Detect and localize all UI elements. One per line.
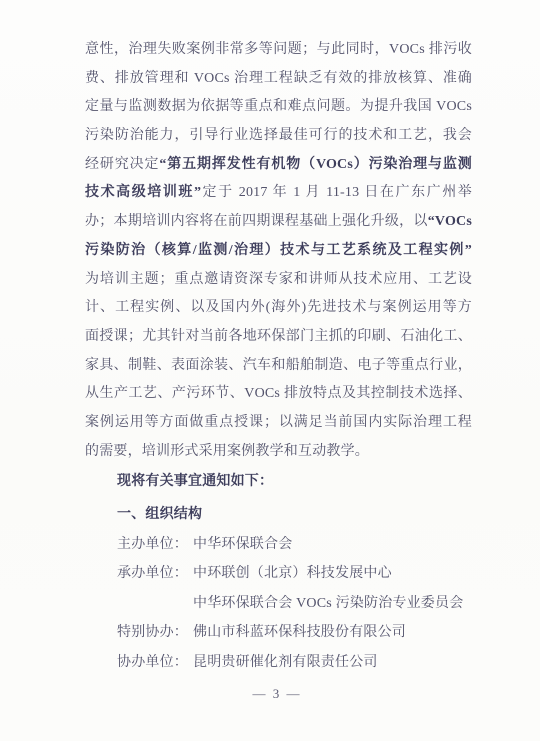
text-segment: “VOCs xyxy=(428,214,472,229)
text-segment: 计、工程实例、以及国内外(海外)先进技术与案例运用等方 xyxy=(85,300,472,315)
text-line: 为培训主题；重点邀请资深专家和讲师从技术应用、工艺设 xyxy=(85,266,472,295)
text-segment: 污染防治能力，引导行业选择最佳可行的技术和工艺，我会 xyxy=(85,128,472,143)
text-segment: 定于 2017 年 1 月 11-13 日在广东广州举 xyxy=(201,185,472,200)
text-segment: 从生产工艺、产污环节、VOCs 排放特点及其控制技术选择、 xyxy=(85,386,472,401)
text-segment: 定量与监测数据为依据等重点和难点问题。为提升我国 VOCs xyxy=(85,99,472,114)
text-line: 费、排放管理和 VOCs 治理工程缺乏有效的排放核算、准确 xyxy=(85,65,472,94)
text-segment: 经研究决定 xyxy=(85,157,159,172)
text-segment: 一、组织结构 xyxy=(117,507,202,522)
text-line: 计、工程实例、以及国内外(海外)先进技术与案例运用等方 xyxy=(85,294,472,323)
text-line: 污染防治能力，引导行业选择最佳可行的技术和工艺，我会 xyxy=(85,122,472,151)
text-line: 中华环保联合会 VOCs 污染防治专业委员会 xyxy=(85,589,472,619)
text-segment: 案例运用等方面做重点授课；以满足当前国内实际治理工程 xyxy=(85,415,472,430)
text-line: 意性，治理失败案例非常多等问题；与此同时，VOCs 排污收 xyxy=(85,36,472,65)
text-segment: 意性，治理失败案例非常多等问题；与此同时，VOCs 排污收 xyxy=(85,42,472,57)
text-line: 面授课；尤其针对当前各地环保部门主抓的印刷、石油化工、 xyxy=(85,323,472,352)
text-line: 经研究决定“第五期挥发性有机物（VOCs）污染治理与监测 xyxy=(85,151,472,180)
scanned-document-page: 意性，治理失败案例非常多等问题；与此同时，VOCs 排污收费、排放管理和 VOC… xyxy=(0,0,540,741)
org-role-label: 特别协办： xyxy=(117,618,193,648)
org-role-label: 主办单位： xyxy=(117,530,193,560)
text-line: 污染防治（核算/监测/治理）技术与工艺系统及工程实例” xyxy=(85,237,472,266)
org-role-label: 协办单位： xyxy=(117,648,193,678)
text-segment: 中华环保联合会 VOCs 污染防治专业委员会 xyxy=(193,596,463,611)
text-line: 协办单位：昆明贵研催化剂有限责任公司 xyxy=(85,648,472,678)
text-segment: 面授课；尤其针对当前各地环保部门主抓的印刷、石油化工、 xyxy=(85,329,472,344)
text-segment: 费、排放管理和 VOCs 治理工程缺乏有效的排放核算、准确 xyxy=(85,71,472,86)
text-line: 案例运用等方面做重点授课；以满足当前国内实际治理工程 xyxy=(85,409,472,438)
text-line: 从生产工艺、产污环节、VOCs 排放特点及其控制技术选择、 xyxy=(85,380,472,409)
text-line: 技术高级培训班”定于 2017 年 1 月 11-13 日在广东广州举 xyxy=(85,179,472,208)
footer-page-number: — 3 — xyxy=(0,686,540,702)
text-line: 家具、制鞋、表面涂装、汽车和船舶制造、电子等重点行业， xyxy=(85,352,472,381)
text-line: 主办单位：中华环保联合会 xyxy=(85,530,472,560)
document-body: 意性，治理失败案例非常多等问题；与此同时，VOCs 排污收费、排放管理和 VOC… xyxy=(85,36,472,677)
text-segment: 污染防治（核算/监测/治理）技术与工艺系统及工程实例” xyxy=(85,243,472,258)
text-segment: 家具、制鞋、表面涂装、汽车和船舶制造、电子等重点行业， xyxy=(85,358,472,373)
text-line: 特别协办：佛山市科蓝环保科技股份有限公司 xyxy=(85,618,472,648)
text-line: 的需要，培训形式采用案例教学和互动教学。 xyxy=(85,438,472,467)
org-name: 佛山市科蓝环保科技股份有限公司 xyxy=(193,625,406,640)
text-segment: 为培训主题；重点邀请资深专家和讲师从技术应用、工艺设 xyxy=(85,272,472,287)
text-segment: 的需要，培训形式采用案例教学和互动教学。 xyxy=(85,444,369,459)
text-line: 承办单位：中环联创（北京）科技发展中心 xyxy=(85,559,472,589)
text-segment: “第五期挥发性有机物（VOCs）污染治理与监测 xyxy=(159,157,472,172)
text-segment: 现将有关事宜通知如下： xyxy=(117,474,273,489)
org-name: 中华环保联合会 xyxy=(193,537,292,552)
org-name: 中环联创（北京）科技发展中心 xyxy=(193,566,392,581)
text-line: 现将有关事宜通知如下： xyxy=(85,468,472,497)
org-name: 昆明贵研催化剂有限责任公司 xyxy=(193,655,378,670)
text-line: 定量与监测数据为依据等重点和难点问题。为提升我国 VOCs xyxy=(85,93,472,122)
text-line: 一、组织结构 xyxy=(85,501,472,530)
text-segment: 办；本期培训内容将在前四期课程基础上强化升级，以 xyxy=(85,214,428,229)
text-line: 办；本期培训内容将在前四期课程基础上强化升级，以“VOCs xyxy=(85,208,472,237)
org-role-label: 承办单位： xyxy=(117,559,193,589)
text-segment: 技术高级培训班” xyxy=(85,185,201,200)
